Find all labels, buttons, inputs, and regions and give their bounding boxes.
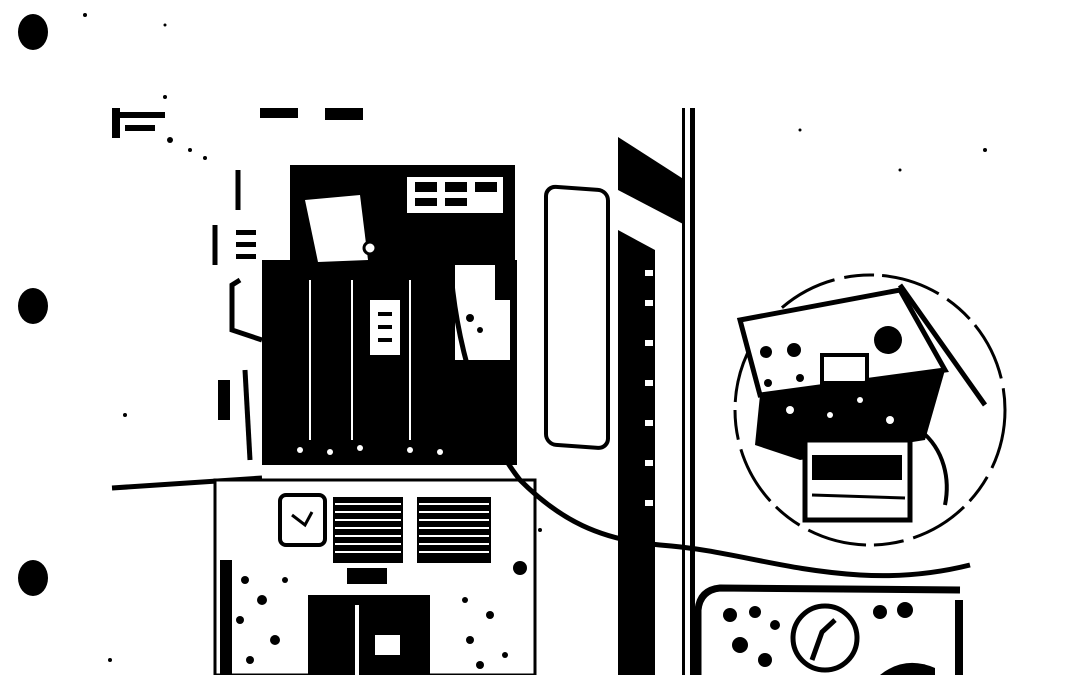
vent-grille-right (417, 497, 491, 563)
inset-test-instrument (735, 275, 1005, 545)
equipment-photograph (0, 0, 1080, 675)
open-cabinet (262, 165, 517, 465)
wall-texture-top (112, 108, 363, 160)
left-bracket-texture (218, 230, 256, 420)
bottom-control-panel (698, 588, 963, 675)
lower-cabinet (215, 480, 535, 675)
analog-meter (793, 606, 857, 670)
door-frame (618, 108, 695, 675)
vent-grille-left (333, 497, 403, 563)
door-panel-outline (546, 186, 608, 448)
